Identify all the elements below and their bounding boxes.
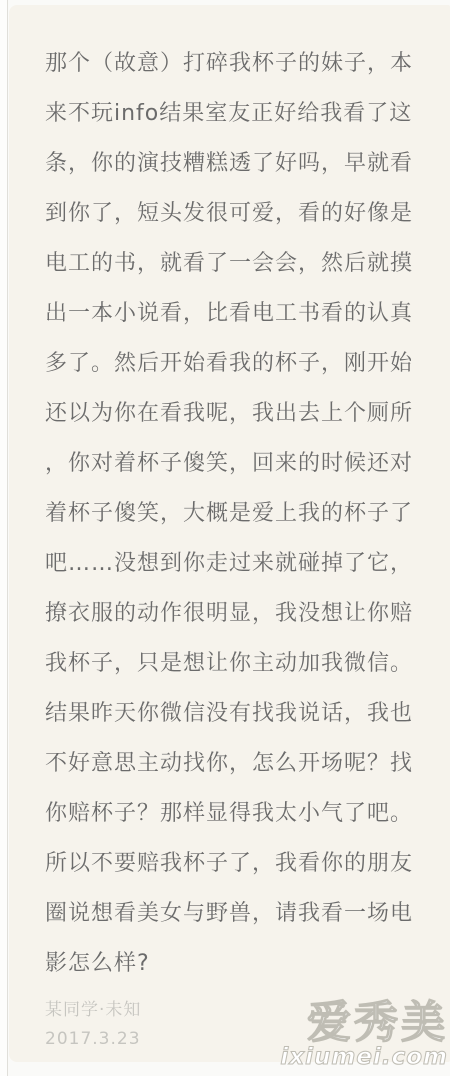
text-line: 圈说想看美女与野兽，请我看一场电 [45, 889, 430, 939]
text-line: 来不玩info结果室友正好给我看了这 [45, 89, 430, 139]
text-line: 到你了，短头发很可爱，看的好像是 [45, 189, 430, 239]
left-margin-strip [0, 0, 8, 1076]
text-line: 影怎么样? [45, 939, 430, 989]
text-line: 电工的书，就看了一会会，然后就摸 [45, 239, 430, 289]
text-line: ，你对着杯子傻笑，回来的时候还对 [45, 439, 430, 489]
text-line: 我杯子，只是想让你主动加我微信。 [45, 639, 430, 689]
text-line: 不好意思主动找你，怎么开场呢？找 [45, 739, 430, 789]
text-line: 还以为你在看我呢，我出去上个厕所 [45, 389, 430, 439]
text-line: 多了。然后开始看我的杯子，刚开始 [45, 339, 430, 389]
attribution: 某同学·未知 2017.3.23 [45, 995, 430, 1049]
text-line: 吧……没想到你走过来就碰掉了它， [45, 539, 430, 589]
text-line: 出一本小说看，比看电工书看的认真 [45, 289, 430, 339]
text-line: 你赔杯子？那样显得我太小气了吧。 [45, 789, 430, 839]
post-card: 那个（故意）打碎我杯子的妹子，本来不玩info结果室友正好给我看了这条，你的演技… [9, 5, 450, 1062]
text-line: 那个（故意）打碎我杯子的妹子，本 [45, 39, 430, 89]
post-author: 某同学·未知 [45, 995, 430, 1020]
post-text: 那个（故意）打碎我杯子的妹子，本来不玩info结果室友正好给我看了这条，你的演技… [45, 39, 430, 989]
post-date: 2017.3.23 [45, 1029, 430, 1049]
page: 那个（故意）打碎我杯子的妹子，本来不玩info结果室友正好给我看了这条，你的演技… [0, 0, 450, 1076]
text-line: 撩衣服的动作很明显，我没想让你赔 [45, 589, 430, 639]
text-line: 所以不要赔我杯子了，我看你的朋友 [45, 839, 430, 889]
text-line: 着杯子傻笑，大概是爱上我的杯子了 [45, 489, 430, 539]
text-line: 条，你的演技糟糕透了好吗，早就看 [45, 139, 430, 189]
text-line: 结果昨天你微信没有找我说话，我也 [45, 689, 430, 739]
